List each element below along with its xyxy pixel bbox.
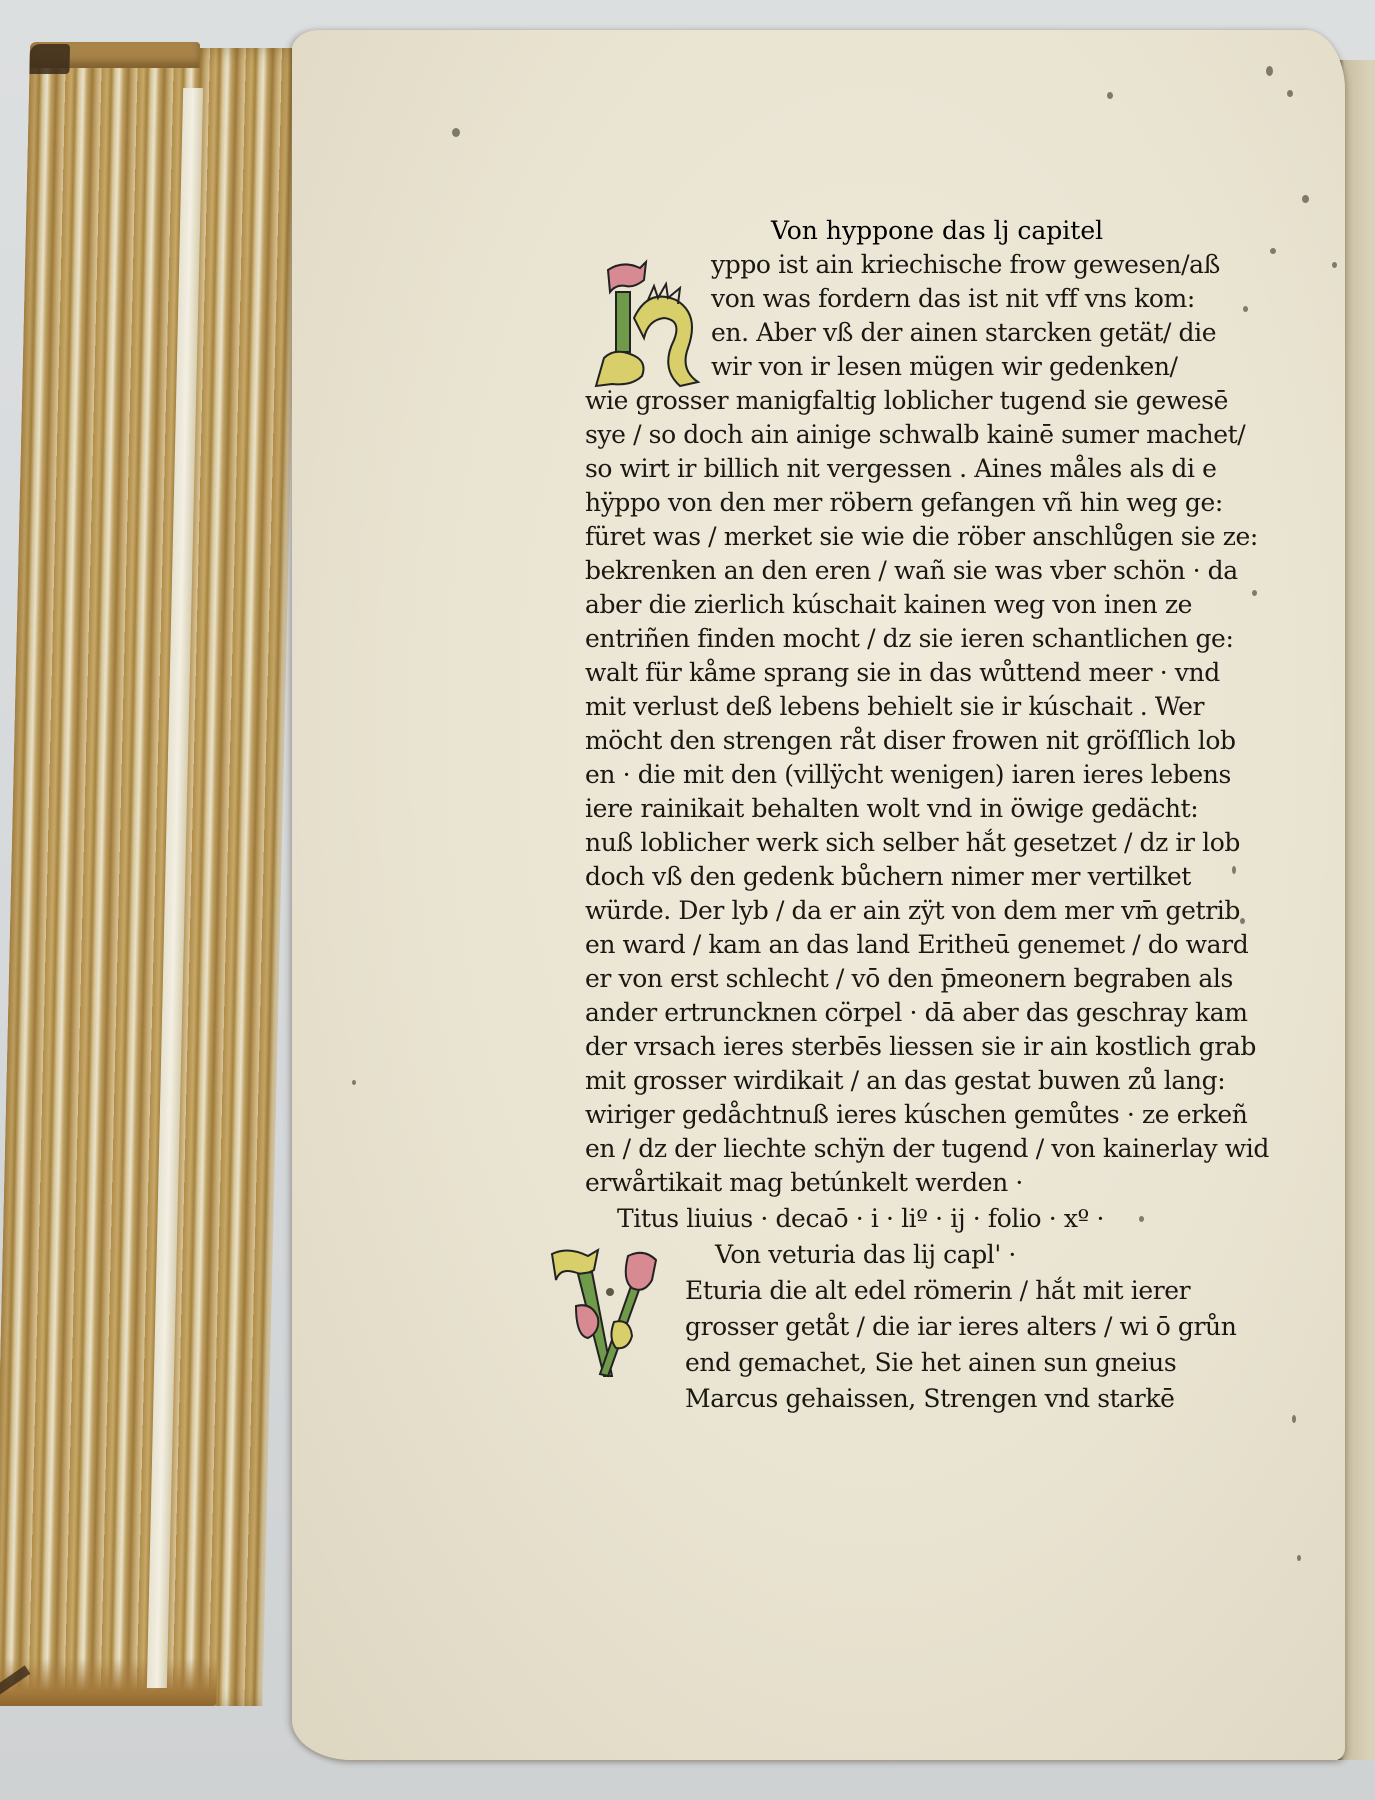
text-line: end gemachet, Sie het ainen sun gneius (685, 1346, 1176, 1380)
text-line: hÿppo von den mer röbern gefangen vñ hin… (585, 486, 1223, 520)
text-line: aber die zierlich kúschait kainen weg vo… (585, 588, 1192, 622)
binding-corner-top (29, 44, 70, 74)
wormhole (1240, 918, 1245, 924)
text-line: von was fordern das ist nit vff vns kom: (711, 282, 1195, 316)
book-tailcap (0, 1658, 217, 1706)
wormhole (1332, 262, 1337, 268)
text-line: Marcus gehaissen, Strengen vnd starkē (685, 1382, 1175, 1416)
text-line: grosser getåt / die iar ieres alters / w… (685, 1310, 1236, 1344)
wormhole (1107, 92, 1113, 99)
text-line: iere rainikait behalten wolt vnd in öwig… (585, 792, 1198, 826)
text-line: füret was / merket sie wie die röber ans… (585, 520, 1258, 554)
decorated-initial-h (588, 258, 706, 388)
text-line: erwårtikait mag betúnkelt werden · (585, 1166, 1023, 1200)
text-line: entriñen finden mocht / dz sie ieren sch… (585, 622, 1233, 656)
chapter-heading-hyppone: Von hyppone das lj capitel (771, 214, 1103, 248)
text-line: en / dz der liechte schÿn der tugend / v… (585, 1132, 1269, 1166)
wormhole (1302, 195, 1309, 203)
wormhole (1243, 306, 1248, 312)
text-line: so wirt ir billich nit vergessen . Aines… (585, 452, 1217, 486)
text-line: yppo ist ain kriechische frow gewesen/aß (711, 248, 1220, 282)
wormhole (1232, 866, 1236, 874)
source-citation: Titus liuius · decaō · i · liº · ij · fo… (617, 1202, 1104, 1236)
text-line: doch vß den gedenk bůchern nimer mer ver… (585, 860, 1191, 894)
wormhole (1297, 1555, 1301, 1561)
text-line: en · die mit den (villÿcht wenigen) iare… (585, 758, 1231, 792)
text-line: ander ertruncknen cörpel · dā aber das g… (585, 996, 1248, 1030)
text-line: sye / so doch ain ainige schwalb kainē s… (585, 418, 1245, 452)
book-page-edges (0, 48, 300, 1706)
text-line: möcht den strengen råt diser frowen nit … (585, 724, 1236, 758)
wormhole (452, 128, 460, 137)
wormhole (1139, 1216, 1144, 1222)
wormhole (1287, 90, 1293, 97)
text-line: wir von ir lesen mügen wir gedenken/ (711, 350, 1178, 384)
text-line: en. Aber vß der ainen starcken getät/ di… (711, 316, 1216, 350)
wormhole (1252, 590, 1257, 596)
text-line: mit verlust deß lebens behielt sie ir kú… (585, 690, 1204, 724)
wormhole (1270, 248, 1276, 254)
text-line: würde. Der lyb / da er ain zÿt von dem m… (585, 894, 1240, 928)
text-line: er von erst schlecht / vō den p̄meonern … (585, 962, 1233, 996)
chapter-heading-veturia: Von veturia das lij capl' · (715, 1238, 1016, 1272)
wormhole (1292, 1415, 1296, 1423)
text-line: mit grosser wirdikait / an das gestat bu… (585, 1064, 1225, 1098)
wormhole (1266, 66, 1273, 76)
text-line: walt für kåme sprang sie in das wůttend … (585, 656, 1220, 690)
wormhole (352, 1080, 356, 1085)
text-line: wie grosser manigfaltig loblicher tugend… (585, 384, 1228, 418)
text-line: wiriger gedåchtnuß ieres kúschen gemůtes… (585, 1098, 1248, 1132)
text-line: en ward / kam an das land Eritheū geneme… (585, 928, 1248, 962)
text-line: bekrenken an den eren / wañ sie was vber… (585, 554, 1238, 588)
decorated-initial-v (548, 1246, 658, 1386)
text-line: Eturia die alt edel römerin / hắt mit ie… (685, 1274, 1190, 1308)
text-line: der vrsach ieres sterbēs liessen sie ir … (585, 1030, 1256, 1064)
text-line: nuß loblicher werk sich selber hắt geset… (585, 826, 1240, 860)
